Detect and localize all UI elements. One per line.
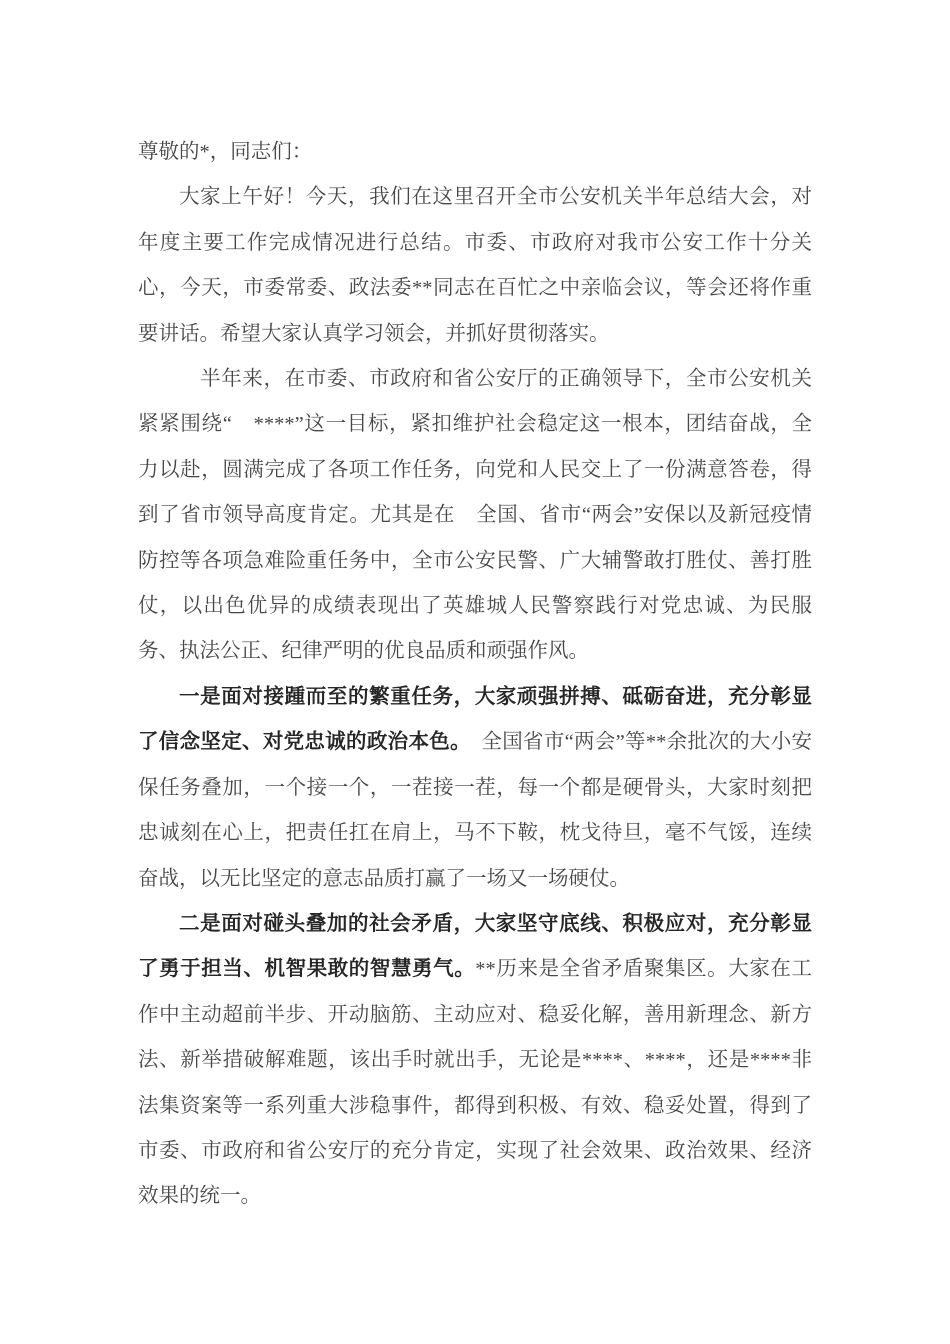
paragraph-text: 全国省市“两会”等**余批次的大小安保任务叠加，一个接一个，一茬接一茬，每一个都… (138, 731, 812, 889)
document-body: 尊敬的*，同志们： 大家上午好！今天，我们在这里召开全市公安机关半年总结大会，对… (138, 130, 812, 1220)
paragraph-text: 大家上午好！今天，我们在这里召开全市公安机关半年总结大会，对年度主要工作完成情况… (138, 186, 812, 344)
paragraph-point-two: 二是面对碰头叠加的社会矛盾，大家坚守底线、积极应对，充分彰显了勇于担当、机智果敢… (138, 902, 812, 1220)
paragraph-text: 半年来，在市委、市政府和省公安厅的正确领导下，全市公安机关紧紧围绕“ ****”… (138, 368, 812, 662)
salutation-line: 尊敬的*，同志们： (138, 130, 812, 175)
paragraph-half-year-review: 半年来，在市委、市政府和省公安厅的正确领导下，全市公安机关紧紧围绕“ ****”… (138, 357, 812, 675)
paragraph-opening-greeting: 大家上午好！今天，我们在这里召开全市公安机关半年总结大会，对年度主要工作完成情况… (138, 175, 812, 357)
paragraph-text: **历来是全省矛盾聚集区。大家在工作中主动超前半步、开动脑筋、主动应对、稳妥化解… (138, 958, 812, 1207)
paragraph-point-one: 一是面对接踵而至的繁重任务，大家顽强拼搏、砥砺奋进，充分彰显了信念坚定、对党忠诚… (138, 675, 812, 902)
document-page: 尊敬的*，同志们： 大家上午好！今天，我们在这里召开全市公安机关半年总结大会，对… (0, 0, 950, 1344)
